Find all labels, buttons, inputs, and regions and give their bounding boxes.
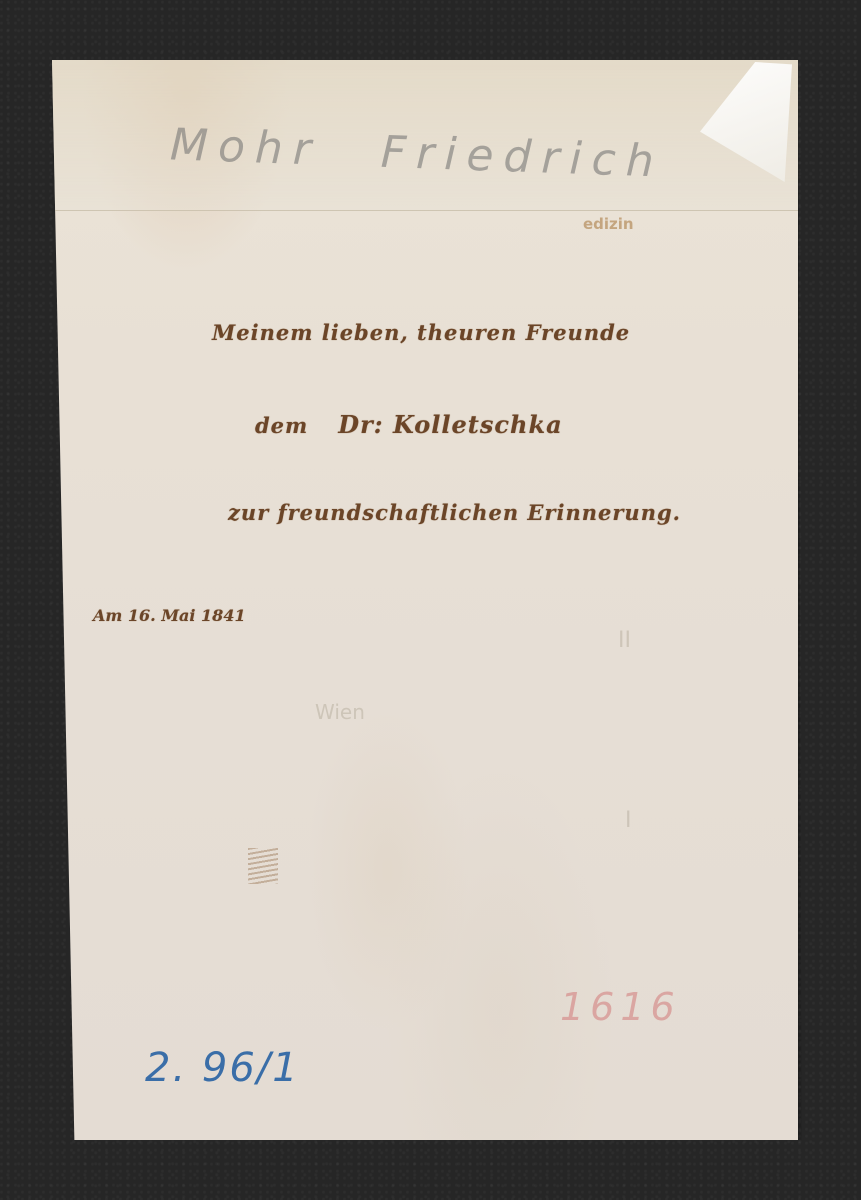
pencil-firstname: Friedrich — [380, 127, 665, 188]
dedication-name: Dr: Kolletschka — [338, 410, 562, 439]
shelf-mark: 2. 96/1 — [145, 1045, 300, 1091]
dedication-line-3: zur freundschaftlichen Erinnerung. — [228, 500, 681, 525]
tape-edge — [46, 98, 52, 228]
dedication-line-2: demDr: Kolletschka — [255, 410, 563, 439]
faint-mark-3: I — [625, 808, 632, 833]
dedication-prefix: dem — [255, 413, 308, 438]
ink-stain — [248, 848, 278, 884]
dedication-date: Am 16. Mai 1841 — [93, 606, 246, 625]
pencil-surname: Mohr — [169, 119, 322, 175]
faint-mark-2: Wien — [315, 700, 365, 724]
document-card — [52, 60, 798, 1140]
library-stamp: edizin — [583, 215, 634, 233]
dedication-line-1: Meinem lieben, theuren Freunde — [212, 320, 630, 345]
faint-mark-1: II — [618, 628, 631, 653]
red-crayon-mark: 1616 — [560, 985, 681, 1029]
